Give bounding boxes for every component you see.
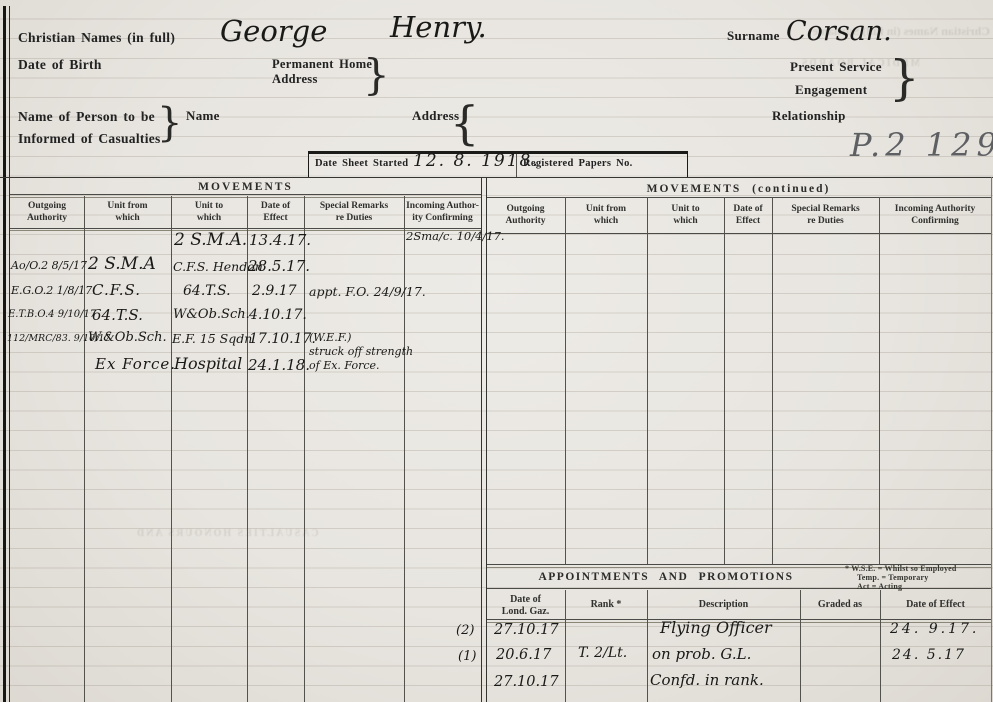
appointment-row-2-effect: 24. 5.17 [892, 647, 966, 663]
middle-name-value: Henry. [390, 10, 487, 44]
appointment-row-2-description: on prob. G.L. [652, 645, 751, 663]
engagement-label: Engagement [795, 82, 867, 98]
movement-row-3-outgoing: E.G.O.2 1/8/17. [11, 284, 96, 297]
registered-papers-value: P.2 12926 [850, 126, 993, 164]
movements-header-unit-to: Unit to which [171, 201, 247, 224]
appointments-header-graded: Graded as [800, 599, 880, 611]
movement-row-1-unit-to: 2 S.M.A. [174, 230, 247, 250]
permanent-home-brace: } [363, 50, 390, 99]
appointment-row-2-gazette: 20.6.17 [496, 647, 551, 663]
movements-cont-title: MOVEMENTS (continued) [486, 183, 991, 195]
appointments-footnote-temp: Temp. = Temporary [857, 573, 928, 582]
date-sheet-value: 12. 8. 1918. [413, 151, 540, 171]
movement-row-3-unit-from: C.F.S. [92, 281, 141, 299]
table-split-line-outer [481, 177, 482, 702]
movement-row-2-date: 28.5.17. [248, 257, 310, 275]
ghost-bleed-text-casualties: CASUALTIES HONOURS AND [135, 528, 319, 539]
movements-cont-header-date: Date of Effect [724, 204, 772, 227]
service-record-sheet: Christian Names (in full) Surname MEDICA… [0, 0, 993, 702]
date-of-birth-label: Date of Birth [18, 57, 102, 73]
appointment-row-1-effect: 24. 9.17. [890, 621, 979, 637]
registered-papers-label: Registered Papers No. [523, 158, 633, 169]
table-split-line-inner [486, 177, 487, 702]
movement-row-4-unit-from: 64.T.S. [92, 306, 143, 324]
permanent-home-address-label: Permanent Home Address [272, 57, 372, 87]
movements-header-remarks: Special Remarks re Duties [304, 201, 404, 224]
movement-row-2-outgoing: Ao/O.2 8/5/17 [11, 259, 87, 272]
present-service-label: Present Service [790, 59, 882, 75]
appointments-header-description: Description [647, 599, 800, 611]
movements-header-unit-from: Unit from which [84, 201, 171, 224]
movements-cont-header-outgoing: Outgoing Authority [486, 204, 565, 227]
movement-row-3-date: 2.9.17 [252, 283, 297, 299]
appointment-row-2-rank: T. 2/Lt. [578, 645, 627, 661]
date-sheet-box-divider [516, 154, 517, 177]
movements-col-line-5 [404, 196, 405, 702]
movements-title-rule-2 [10, 197, 481, 198]
present-service-brace: } [889, 50, 920, 106]
movement-row-6-date: 24.1.18. [248, 356, 310, 374]
name-label: Name [186, 108, 220, 124]
movements-cont-col-line-3 [724, 197, 725, 564]
relationship-label: Relationship [772, 108, 846, 124]
christian-names-label: Christian Names (in full) [18, 30, 175, 46]
movement-row-1-confirm: 2Sma/c. 10/4/17. [406, 229, 505, 243]
right-border-line [991, 177, 992, 702]
movements-header-date: Date of Effect [247, 201, 304, 224]
movement-row-4-unit-to: W&Ob.Sch. [173, 307, 250, 322]
appointments-header-effect: Date of Effect [880, 599, 991, 611]
tables-top-rule [0, 177, 993, 178]
casualties-contact-label: Name of Person to be Informed of Casualt… [18, 106, 161, 150]
movements-title: MOVEMENTS [10, 181, 481, 193]
movement-row-4-outgoing: E.T.B.O.4 9/10/17 [8, 309, 96, 320]
movements-cont-header-rule [486, 233, 991, 234]
movement-row-5-unit-from: W.&Ob.Sch. [88, 330, 167, 345]
date-sheet-label: Date Sheet Started [315, 158, 408, 169]
movements-cont-col-line-5 [879, 197, 880, 564]
movements-cont-title-rule [486, 197, 991, 198]
movements-cont-header-remarks: Special Remarks re Duties [772, 204, 879, 227]
address-brace: { [450, 96, 479, 150]
movements-title-rule [10, 194, 481, 195]
movements-header-incoming: Incoming Author- ity Confirming [404, 201, 481, 224]
movements-cont-col-line-4 [772, 197, 773, 564]
movement-row-1-date: 13.4.17. [249, 231, 311, 249]
movement-row-6-unit-from: Ex Force. [95, 355, 176, 373]
appointment-row-3-gazette: 27.10.17 [494, 674, 559, 690]
movements-cont-header-unit-to: Unit to which [647, 204, 724, 227]
appointments-title-rule [486, 588, 991, 589]
movement-row-5-unit-to: E.F. 15 Sqdn [172, 331, 252, 346]
binding-edge-line-outer [3, 6, 6, 702]
movements-cont-header-unit-from: Unit from which [565, 204, 647, 227]
movement-row-5-remarks: (W.E.F.) struck off strength of Ex. Forc… [309, 331, 413, 373]
binding-edge-line-inner [9, 6, 10, 702]
movements-cont-header-incoming: Incoming Authority Confirming [879, 204, 991, 227]
movement-row-3-remarks: appt. F.O. 24/9/17. [309, 284, 426, 299]
casualties-brace: } [157, 100, 182, 146]
appointments-header-rank: Rank * [565, 599, 647, 611]
movements-col-line-2 [171, 196, 172, 702]
movements-header-outgoing: Outgoing Authority [10, 201, 84, 224]
movements-cont-col-line-1 [565, 197, 566, 564]
appointments-title: APPOINTMENTS AND PROMOTIONS [486, 571, 846, 583]
appointments-footnote-wse: * W.S.E. = Whilst so Employed [845, 564, 957, 573]
surname-value: Corsan. [786, 16, 892, 47]
movement-row-6-unit-to: Hospital [174, 354, 242, 373]
movement-row-5-date: 17.10.17. [249, 331, 316, 347]
appointments-footnote-act: Act = Acting [857, 582, 902, 591]
appointment-row-1-gazette: 27.10.17 [494, 622, 559, 638]
movement-row-2-unit-from: 2 S.M.A [88, 254, 156, 274]
appointment-row-2-marker: (1) [458, 649, 476, 664]
movement-row-4-date: 4.10.17. [249, 307, 307, 323]
appointments-header-gazette: Date of Lond. Gaz. [486, 594, 565, 617]
movements-cont-col-line-2 [647, 197, 648, 564]
movement-row-3-unit-to: 64.T.S. [183, 283, 231, 299]
appointment-row-1-marker: (2) [456, 623, 474, 638]
first-name-value: George [220, 14, 327, 48]
date-sheet-box: Date Sheet Started 12. 8. 1918. Register… [308, 151, 688, 178]
surname-label: Surname [727, 28, 780, 44]
appointment-row-1-description: Flying Officer [660, 618, 772, 637]
appointment-row-3-description: Confd. in rank. [650, 671, 764, 689]
